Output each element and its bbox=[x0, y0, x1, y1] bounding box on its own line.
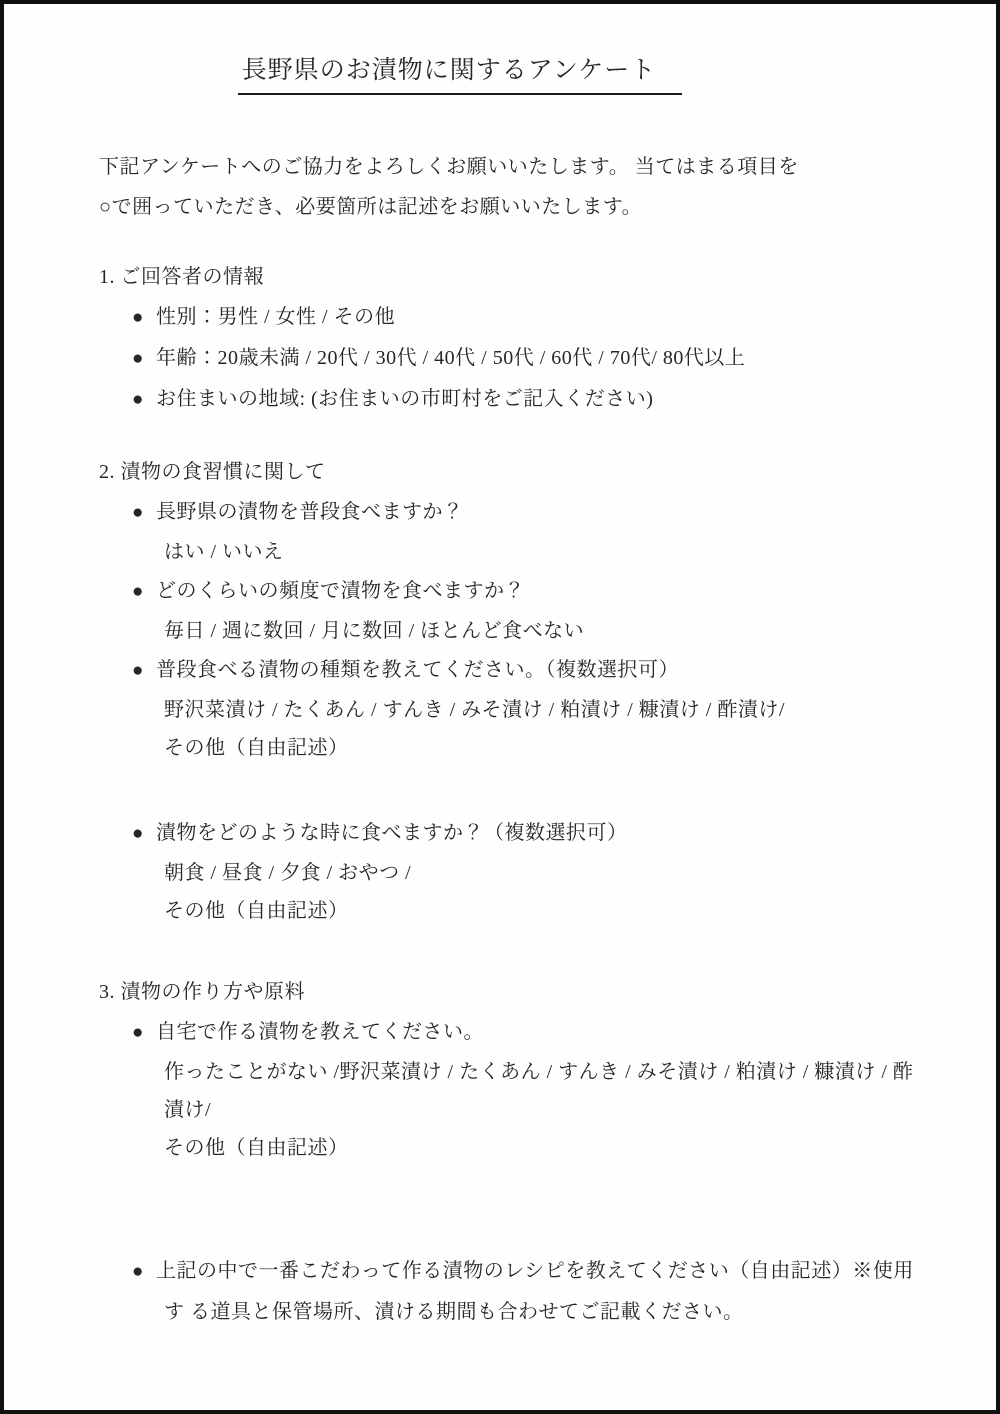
question-gender-text: 性別：男性 / 女性 / その他 bbox=[156, 306, 395, 328]
bullet-icon: ● bbox=[132, 651, 144, 691]
bullet-icon: ● bbox=[132, 339, 144, 379]
section-1-heading: 1. ご回答者の情報 bbox=[99, 257, 996, 297]
survey-page: 長野県のお漬物に関するアンケート 下記アンケートへのご協力をよろしくお願いいたし… bbox=[0, 0, 1000, 1414]
question-gender: ●性別：男性 / 女性 / その他 bbox=[132, 297, 936, 338]
question-homemade-pickles-text: 自宅で作る漬物を教えてください。 bbox=[156, 1021, 484, 1043]
bullet-icon: ● bbox=[132, 493, 144, 533]
question-recipe-continuation: す る道具と保管場所、漬ける期間も合わせてご記載ください。 bbox=[164, 1292, 996, 1332]
answer-options-other: その他（自由記述） bbox=[164, 1129, 996, 1167]
question-pickle-types: ●普段食べる漬物の種類を教えてください。（複数選択可） bbox=[132, 650, 936, 691]
question-homemade-pickles: ●自宅で作る漬物を教えてください。 bbox=[132, 1012, 936, 1053]
answer-options: はい / いいえ bbox=[164, 533, 996, 571]
answer-options: 野沢菜漬け / たくあん / すんき / みそ漬け / 粕漬け / 糠漬け / … bbox=[164, 691, 996, 729]
question-age-text: 年齢：20歳未満 / 20代 / 30代 / 40代 / 50代 / 60代 /… bbox=[156, 347, 745, 369]
section-respondent-info: 1. ご回答者の情報 ●性別：男性 / 女性 / その他 ●年齢：20歳未満 /… bbox=[4, 257, 996, 420]
question-recipe: ●上記の中で一番こだわって作る漬物のレシピを教えてください（自由記述）※使用 bbox=[132, 1251, 936, 1292]
title-row: 長野県のお漬物に関するアンケート bbox=[4, 50, 916, 95]
bullet-icon: ● bbox=[132, 572, 144, 612]
question-eat-nagano-pickles: ●長野県の漬物を普段食べますか？ bbox=[132, 492, 936, 533]
question-frequency-text: どのくらいの頻度で漬物を食べますか？ bbox=[156, 580, 525, 602]
answer-options: 毎日 / 週に数回 / 月に数回 / ほとんど食べない bbox=[164, 612, 996, 650]
answer-options: 作ったことがない /野沢菜漬け / たくあん / すんき / みそ漬け / 粕漬… bbox=[164, 1053, 996, 1091]
question-region: ●お住まいの地域: (お住まいの市町村をご記入ください) bbox=[132, 379, 936, 420]
answer-options-other: その他（自由記述） bbox=[164, 892, 996, 930]
question-eating-occasion: ●漬物をどのような時に食べますか？（複数選択可） bbox=[132, 813, 936, 854]
question-frequency: ●どのくらいの頻度で漬物を食べますか？ bbox=[132, 571, 936, 612]
question-age: ●年齢：20歳未満 / 20代 / 30代 / 40代 / 50代 / 60代 … bbox=[132, 338, 936, 379]
section-making-pickles: 3. 漬物の作り方や原料 ●自宅で作る漬物を教えてください。 作ったことがない … bbox=[4, 972, 996, 1332]
intro-paragraph: 下記アンケートへのご協力をよろしくお願いいたします。 当てはまる項目を ○で囲っ… bbox=[99, 147, 906, 227]
bullet-icon: ● bbox=[132, 1252, 144, 1292]
section-eating-habits: 2. 漬物の食習慣に関して ●長野県の漬物を普段食べますか？ はい / いいえ … bbox=[4, 452, 996, 930]
answer-options-wrap: 漬け/ bbox=[164, 1091, 996, 1129]
intro-line-2: ○で囲っていただき、必要箇所は記述をお願いいたします。 bbox=[99, 187, 906, 227]
bullet-icon: ● bbox=[132, 380, 144, 420]
intro-line-1: 下記アンケートへのご協力をよろしくお願いいたします。 当てはまる項目を bbox=[99, 147, 906, 187]
question-region-text: お住まいの地域: (お住まいの市町村をご記入ください) bbox=[156, 388, 653, 410]
survey-title: 長野県のお漬物に関するアンケート bbox=[238, 50, 683, 95]
bullet-icon: ● bbox=[132, 1013, 144, 1053]
question-recipe-text: 上記の中で一番こだわって作る漬物のレシピを教えてください（自由記述）※使用 bbox=[156, 1260, 914, 1282]
question-eating-occasion-text: 漬物をどのような時に食べますか？（複数選択可） bbox=[156, 822, 628, 844]
question-pickle-types-text: 普段食べる漬物の種類を教えてください。（複数選択可） bbox=[156, 659, 679, 681]
question-eat-nagano-pickles-text: 長野県の漬物を普段食べますか？ bbox=[156, 501, 464, 523]
section-2-heading: 2. 漬物の食習慣に関して bbox=[99, 452, 996, 492]
answer-options: 朝食 / 昼食 / 夕食 / おやつ / bbox=[164, 854, 996, 892]
bullet-icon: ● bbox=[132, 814, 144, 854]
section-3-heading: 3. 漬物の作り方や原料 bbox=[99, 972, 996, 1012]
answer-options-other: その他（自由記述） bbox=[164, 729, 996, 767]
bullet-icon: ● bbox=[132, 298, 144, 338]
